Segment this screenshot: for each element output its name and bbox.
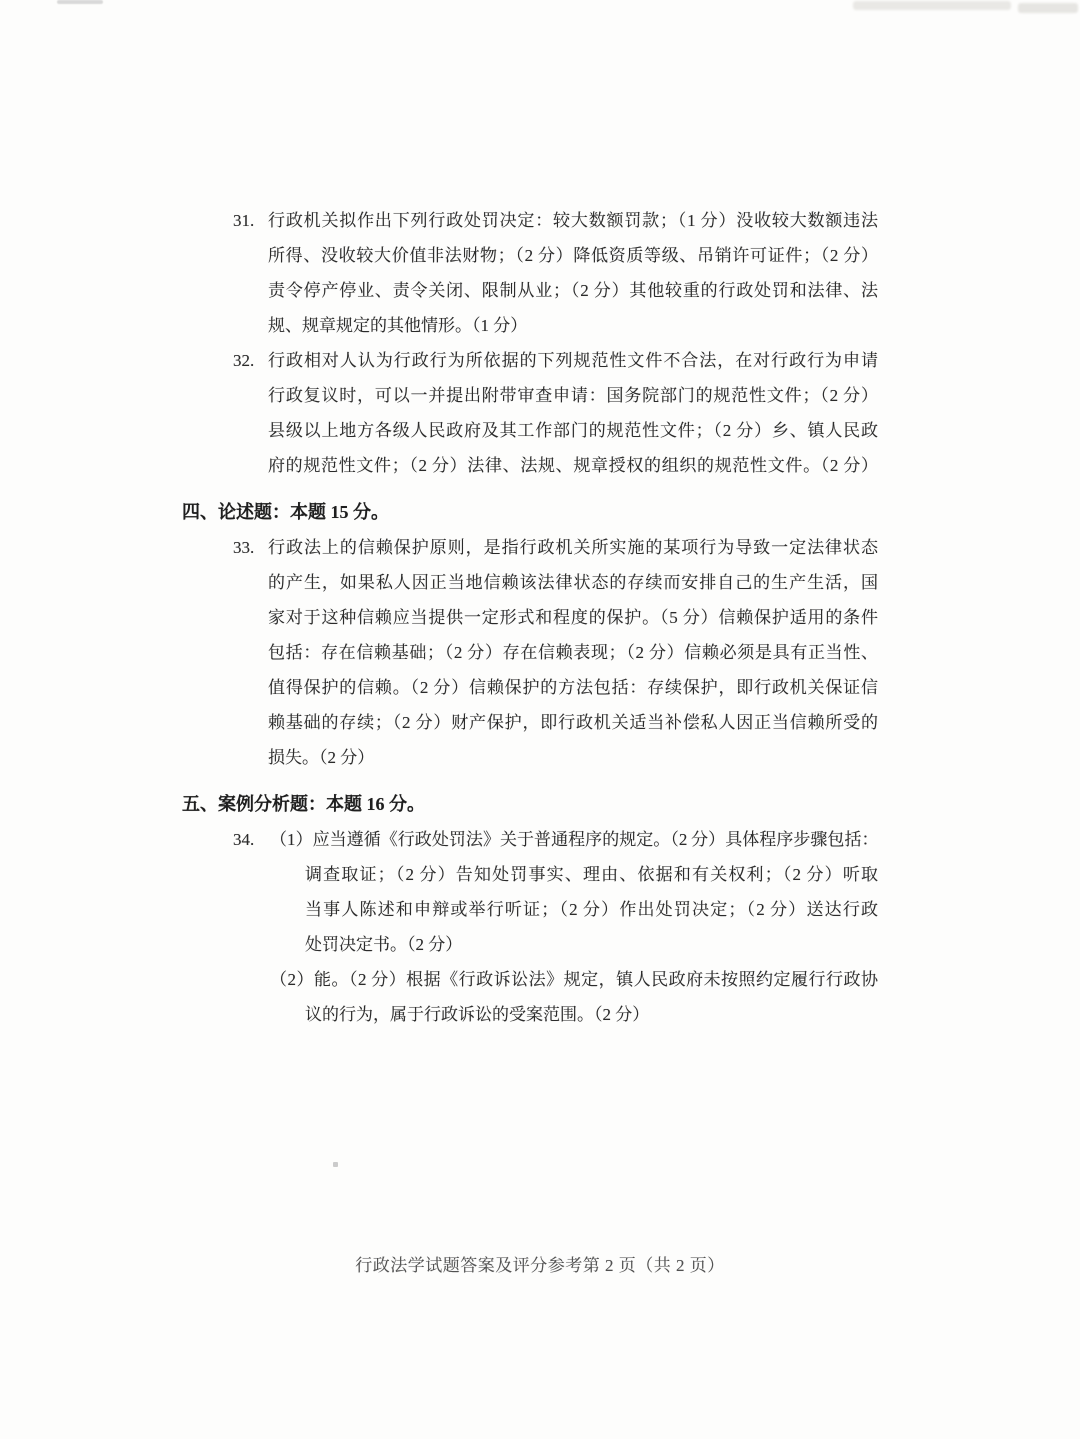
- text-line: 行政相对人认为行政行为所依据的下列规范性文件不合法，在对行政行为申请: [268, 343, 878, 378]
- item-34-part-2: （2）能。（2 分）根据《行政诉讼法》规定，镇人民政府未按照约定履行行政协 议的…: [270, 962, 878, 1032]
- page-footer: 行政法学试题答案及评分参考第 2 页（共 2 页）: [0, 1253, 1080, 1279]
- text-line: 行政机关拟作出下列行政处罚决定：较大数额罚款；（1 分）没收较大数额违法: [268, 203, 878, 238]
- answer-item-32: 32. 行政相对人认为行政行为所依据的下列规范性文件不合法，在对行政行为申请 行…: [182, 343, 898, 483]
- text-line: 府的规范性文件；（2 分）法律、法规、规章授权的组织的规范性文件。（2 分）: [268, 448, 878, 483]
- scan-artifact-dot: [333, 1162, 338, 1167]
- answer-item-33: 33. 行政法上的信赖保护原则，是指行政机关所实施的某项行为导致一定法律状态 的…: [182, 530, 898, 775]
- item-32-body: 行政相对人认为行政行为所依据的下列规范性文件不合法，在对行政行为申请 行政复议时…: [268, 343, 878, 483]
- item-32-number: 32.: [233, 343, 268, 378]
- text-line: 行政法上的信赖保护原则，是指行政机关所实施的某项行为导致一定法律状态: [268, 530, 878, 565]
- scan-artifact-top-left: [57, 0, 103, 4]
- section-4-heading: 四、论述题：本题 15 分。: [182, 495, 898, 530]
- answer-item-31: 31. 行政机关拟作出下列行政处罚决定：较大数额罚款；（1 分）没收较大数额违法…: [182, 203, 898, 343]
- section-5-heading: 五、案例分析题：本题 16 分。: [182, 787, 898, 822]
- text-line: 包括：存在信赖基础；（2 分）存在信赖表现；（2 分）信赖必须是具有正当性、: [268, 635, 878, 670]
- item-31-body: 行政机关拟作出下列行政处罚决定：较大数额罚款；（1 分）没收较大数额违法 所得、…: [268, 203, 878, 343]
- text-line: （2）能。（2 分）根据《行政诉讼法》规定，镇人民政府未按照约定履行行政协: [270, 962, 878, 997]
- text-line: 责令停产停业、责令关闭、限制从业；（2 分）其他较重的行政处罚和法律、法: [268, 273, 878, 308]
- text-line: 规、规章规定的其他情形。（1 分）: [268, 308, 878, 343]
- text-line: 家对于这种信赖应当提供一定形式和程度的保护。（5 分）信赖保护适用的条件: [268, 600, 878, 635]
- scan-artifact-top-right: [853, 1, 1011, 10]
- item-34-number: 34.: [233, 822, 268, 857]
- item-34-body: （1）应当遵循《行政处罚法》关于普通程序的规定。（2 分）具体程序步骤包括： 调…: [270, 822, 878, 1032]
- text-line: 调查取证；（2 分）告知处罚事实、理由、依据和有关权利；（2 分）听取: [305, 857, 878, 892]
- text-line: 当事人陈述和申辩或举行听证；（2 分）作出处罚决定；（2 分）送达行政: [305, 892, 878, 927]
- answer-item-34: 34. （1）应当遵循《行政处罚法》关于普通程序的规定。（2 分）具体程序步骤包…: [182, 822, 898, 1032]
- item-34-part-1: （1）应当遵循《行政处罚法》关于普通程序的规定。（2 分）具体程序步骤包括： 调…: [270, 822, 878, 962]
- text-line: 损失。（2 分）: [268, 740, 878, 775]
- exam-answer-page: 31. 行政机关拟作出下列行政处罚决定：较大数额罚款；（1 分）没收较大数额违法…: [0, 0, 1080, 1439]
- text-line: 县级以上地方各级人民政府及其工作部门的规范性文件；（2 分）乡、镇人民政: [268, 413, 878, 448]
- text-line: 所得、没收较大价值非法财物；（2 分）降低资质等级、吊销许可证件；（2 分）: [268, 238, 878, 273]
- item-33-number: 33.: [233, 530, 268, 565]
- text-line: （1）应当遵循《行政处罚法》关于普通程序的规定。（2 分）具体程序步骤包括：: [270, 822, 878, 857]
- scan-artifact-top-right-2: [1018, 3, 1078, 13]
- text-line: 处罚决定书。（2 分）: [305, 927, 878, 962]
- item-33-body: 行政法上的信赖保护原则，是指行政机关所实施的某项行为导致一定法律状态 的产生，如…: [268, 530, 878, 775]
- answers-content: 31. 行政机关拟作出下列行政处罚决定：较大数额罚款；（1 分）没收较大数额违法…: [182, 203, 898, 1032]
- text-line: 的产生，如果私人因正当地信赖该法律状态的存续而安排自己的生产生活，国: [268, 565, 878, 600]
- text-line: 行政复议时，可以一并提出附带审查申请：国务院部门的规范性文件；（2 分）: [268, 378, 878, 413]
- text-line: 赖基础的存续；（2 分）财产保护，即行政机关适当补偿私人因正当信赖所受的: [268, 705, 878, 740]
- item-31-number: 31.: [233, 203, 268, 238]
- text-line: 议的行为，属于行政诉讼的受案范围。（2 分）: [305, 997, 878, 1032]
- text-line: 值得保护的信赖。（2 分）信赖保护的方法包括：存续保护，即行政机关保证信: [268, 670, 878, 705]
